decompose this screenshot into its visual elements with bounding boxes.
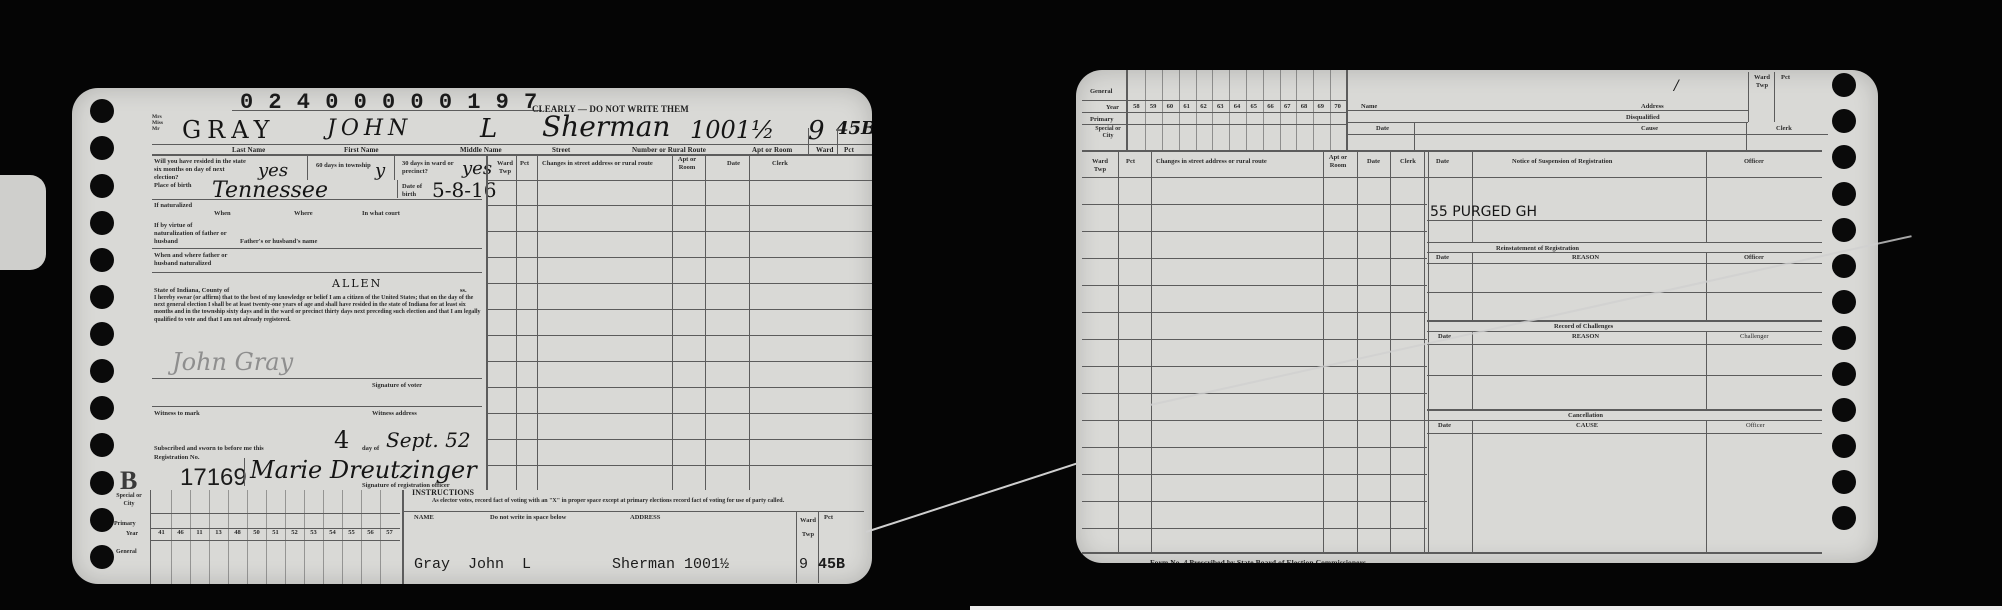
year-cell: 68 <box>1296 103 1313 111</box>
punch-hole <box>1832 326 1856 350</box>
col-rule <box>1472 150 1473 242</box>
col-rule <box>1296 70 1297 150</box>
col-header-date: Date <box>1367 158 1380 166</box>
col-rule <box>247 490 248 584</box>
row-rule <box>1082 100 1347 101</box>
row-label-year: Year <box>126 530 138 538</box>
col-header-changes: Changes in street address or rural route <box>542 160 653 168</box>
registration-number: 17169 <box>180 464 247 492</box>
row-rule <box>150 540 400 541</box>
label-naturalized: If naturalized <box>154 202 202 210</box>
form-footer: Form No. 4 Prescribed by State Board of … <box>1150 558 1366 563</box>
row-rule <box>1427 433 1822 434</box>
row-rule <box>486 361 872 362</box>
col-rule <box>1746 122 1747 150</box>
col-rule <box>361 490 362 584</box>
label-nat-father: If by virtue of naturalization of father… <box>154 222 232 246</box>
check-mark: / <box>1674 78 1679 94</box>
col-header-ward-twp: Ward Twp <box>494 160 516 176</box>
row-rule <box>1427 292 1822 293</box>
col-rule <box>380 490 381 584</box>
label-resided-ward: 30 days in ward or precinct? <box>402 160 462 176</box>
row-rule <box>1427 320 1822 322</box>
col-rule <box>1263 70 1264 150</box>
row-label-primary: Primary <box>114 520 136 528</box>
label-resided-township: 60 days in township <box>316 162 371 170</box>
punch-hole <box>1832 362 1856 386</box>
col-rule <box>1706 150 1707 242</box>
col-header-notice: Notice of Suspension of Registration <box>1512 158 1612 166</box>
col-rule <box>1472 252 1473 320</box>
col-header-date: Date <box>1436 158 1449 166</box>
row-rule <box>1082 124 1347 125</box>
typed-address: Sherman 1001½ <box>612 556 729 573</box>
col-rule <box>1179 70 1180 150</box>
col-rule <box>171 490 172 584</box>
punch-hole <box>90 396 114 420</box>
street-value: Sherman <box>542 110 670 143</box>
year-cell: 65 <box>1245 103 1262 111</box>
year-cell: 54 <box>323 529 342 537</box>
row-rule <box>486 413 872 414</box>
control-number: 0 2 4 0 0 0 0 0 1 9 7 <box>240 90 538 115</box>
col-rule <box>1151 150 1152 552</box>
col-header-cause: CAUSE <box>1576 422 1598 430</box>
label-middle-name: Middle Name <box>460 146 502 154</box>
punch-hole <box>90 508 114 532</box>
typed-pct: 45B <box>818 556 845 573</box>
sworn-day-value: 4 <box>334 426 349 454</box>
divider <box>808 128 809 154</box>
row-label-primary: Primary <box>1090 116 1113 124</box>
label-clerk: Clerk <box>1776 125 1792 133</box>
label-pct: Pct <box>1781 74 1790 82</box>
divider <box>244 458 245 486</box>
label-apt-room: Apt or Room <box>752 146 792 154</box>
col-rule <box>402 490 404 584</box>
year-cell: 46 <box>171 529 190 537</box>
row-rule <box>1427 375 1822 376</box>
divider <box>837 128 838 154</box>
stub-pct-label: Pct <box>824 514 833 522</box>
row-rule <box>150 513 400 514</box>
col-rule <box>796 511 797 583</box>
label-cause: Cause <box>1641 125 1658 133</box>
divider <box>394 156 395 180</box>
year-cell: 64 <box>1229 103 1246 111</box>
label-date: Date <box>1376 125 1389 133</box>
col-rule <box>1706 420 1707 552</box>
col-rule <box>1357 150 1358 552</box>
year-cell: 58 <box>1128 103 1145 111</box>
col-rule <box>285 490 286 584</box>
divider <box>1082 150 1822 152</box>
label-witness-address: Witness address <box>372 410 417 418</box>
col-rule <box>1118 150 1119 552</box>
punch-hole <box>90 471 114 495</box>
label-last-name: Last Name <box>232 146 265 154</box>
row-rule <box>1082 339 1427 340</box>
col-rule <box>1313 70 1314 150</box>
punch-hole <box>90 211 114 235</box>
label-fathers-name: Father's or husband's name <box>240 238 317 246</box>
col-rule <box>1424 150 1429 552</box>
row-rule <box>1427 420 1822 421</box>
col-rule <box>1162 70 1163 150</box>
punch-hole <box>1832 109 1856 133</box>
typed-ward: 9 <box>799 556 808 573</box>
film-edge-strip <box>970 606 2002 610</box>
punch-hole <box>90 136 114 160</box>
row-rule <box>486 309 872 310</box>
label-ss: ss. <box>460 287 467 295</box>
divider <box>152 378 482 379</box>
label-address: Address <box>1641 103 1664 111</box>
punch-hole <box>90 99 114 123</box>
row-label-general: General <box>116 548 137 556</box>
divider <box>1348 134 1828 135</box>
label-street: Street <box>552 146 570 154</box>
divider <box>152 199 482 200</box>
label-oath: State of Indiana, County of <box>154 287 229 295</box>
col-header-reason: REASON <box>1572 254 1599 262</box>
label-disqualified: Disqualified <box>1626 114 1660 122</box>
label-day-of: day of <box>362 445 379 453</box>
row-rule <box>1082 177 1427 178</box>
punch-hole <box>1832 506 1856 530</box>
punch-hole <box>90 433 114 457</box>
year-cell: 56 <box>361 529 380 537</box>
label-place-of-birth: Place of birth <box>154 182 194 190</box>
year-cell: 69 <box>1312 103 1329 111</box>
divider <box>152 406 482 407</box>
col-rule <box>323 490 324 584</box>
year-cell: 11 <box>190 529 209 537</box>
stub-no-write-label: Do not write in space below <box>490 514 566 522</box>
row-rule <box>1082 366 1427 367</box>
year-cell: 66 <box>1262 103 1279 111</box>
col-rule <box>1748 72 1749 122</box>
col-header-date: Date <box>1438 422 1451 430</box>
col-rule <box>1472 420 1473 552</box>
row-rule <box>1082 420 1427 421</box>
divider <box>404 511 864 512</box>
col-rule <box>1472 331 1473 411</box>
instructions-title: INSTRUCTIONS <box>412 488 474 497</box>
row-rule <box>486 439 872 440</box>
partial-card-edge <box>0 175 46 270</box>
row-rule <box>1082 528 1427 529</box>
label-pct: Pct <box>844 146 854 154</box>
label-number-route: Number or Rural Route <box>632 146 706 154</box>
punch-hole <box>1832 470 1856 494</box>
label-registration-no: Registration No. <box>154 454 200 462</box>
row-rule <box>1082 258 1427 259</box>
label-when-where: When and where father or husband natural… <box>154 252 244 268</box>
col-rule <box>1774 72 1775 122</box>
label-when: When <box>214 210 231 218</box>
row-rule <box>1427 263 1822 264</box>
row-rule <box>486 231 872 232</box>
label-ward-twp: Ward Twp <box>1751 74 1773 90</box>
row-rule <box>1082 393 1427 394</box>
row-rule <box>1427 252 1822 253</box>
row-rule <box>1082 447 1427 448</box>
year-cell: 57 <box>380 529 399 537</box>
col-rule <box>266 490 267 584</box>
punch-hole <box>90 322 114 346</box>
col-header-date: Date <box>1436 254 1449 262</box>
row-rule <box>1082 501 1427 502</box>
punch-hole <box>90 248 114 272</box>
col-rule <box>228 490 229 584</box>
divider <box>397 180 398 198</box>
row-rule <box>1082 312 1427 313</box>
col-header-apt-room: Apt or Room <box>1326 154 1350 170</box>
col-header-clerk: Clerk <box>772 160 788 168</box>
col-rule <box>1280 70 1281 150</box>
col-rule <box>342 490 343 584</box>
typed-name: Gray John L <box>414 556 531 573</box>
row-label-special-city: Special or City <box>1092 126 1124 139</box>
col-rule <box>304 490 305 584</box>
col-rule <box>209 490 210 584</box>
year-cell: 50 <box>247 529 266 537</box>
year-cell: 67 <box>1279 103 1296 111</box>
divider <box>152 154 872 156</box>
year-cell: 63 <box>1212 103 1229 111</box>
col-header-reason: REASON <box>1572 333 1599 341</box>
year-cell: 53 <box>304 529 323 537</box>
pct-value: 45B <box>836 118 872 139</box>
right-registration-card-back: General Year Primary Special or City 58 … <box>1076 70 1878 563</box>
row-rule <box>486 257 872 258</box>
film-scratch <box>866 457 1095 533</box>
stub-ward-twp-label: Ward Twp <box>799 514 817 542</box>
oath-text: I hereby swear (or affirm) that to the b… <box>154 295 484 324</box>
col-header-date: Date <box>727 160 740 168</box>
year-cell: 70 <box>1329 103 1346 111</box>
col-header-clerk: Clerk <box>1400 158 1416 166</box>
county-value: ALLEN <box>332 277 382 290</box>
label-ward: Ward <box>816 146 834 154</box>
col-rule <box>1706 252 1707 320</box>
divider <box>152 248 482 249</box>
year-cell: 51 <box>266 529 285 537</box>
label-where: Where <box>294 210 313 218</box>
challenges-title: Record of Challenges <box>1554 323 1613 331</box>
col-header-apt-room: Apt or Room <box>677 156 697 172</box>
last-name-value: GRAY <box>182 116 275 144</box>
row-rule <box>486 387 872 388</box>
punch-hole <box>90 359 114 383</box>
number-value: 1001½ <box>690 116 774 144</box>
punch-hole <box>1832 398 1856 422</box>
year-cell: 41 <box>152 529 171 537</box>
col-rule <box>1330 70 1331 150</box>
punch-hole <box>1832 434 1856 458</box>
row-rule <box>1082 231 1427 232</box>
row-rule <box>1427 220 1822 221</box>
col-rule <box>1229 70 1230 150</box>
voter-signature: John Gray <box>172 348 293 376</box>
label-in-what-court: In what court <box>362 210 400 218</box>
col-rule <box>1414 122 1415 150</box>
first-name-value: JOHN <box>327 116 412 141</box>
title-prefix-label: Mrs Miss Mr <box>152 114 163 132</box>
punch-hole <box>90 174 114 198</box>
label-signature-of-voter: Signature of voter <box>372 382 422 390</box>
sworn-month-year-value: Sept. 52 <box>386 428 471 452</box>
stub-name-label: NAME <box>414 514 434 522</box>
row-rule <box>1082 112 1347 113</box>
cancellation-title: Cancellation <box>1568 412 1603 420</box>
year-cell: 61 <box>1178 103 1195 111</box>
col-header-officer: Officer <box>1744 254 1764 262</box>
col-rule <box>1212 70 1213 150</box>
resided-township-value: y <box>375 160 385 181</box>
row-rule <box>1427 409 1822 411</box>
label-date-of-birth: Date of birth <box>402 183 434 199</box>
ward-value: 9 <box>808 116 825 146</box>
divider <box>307 156 308 180</box>
punch-hole <box>1832 290 1856 314</box>
col-header-changes: Changes in street address or rural route <box>1156 158 1267 166</box>
instructions-text: As elector votes, record fact of voting … <box>432 498 857 505</box>
divider <box>152 272 482 273</box>
officer-signature: Marie Dreutzinger <box>250 456 477 484</box>
row-rule <box>1082 285 1427 286</box>
row-rule <box>1082 552 1822 554</box>
year-cell: 59 <box>1145 103 1162 111</box>
col-header-pct: Pct <box>520 160 529 168</box>
stub-address-label: ADDRESS <box>630 514 660 522</box>
col-rule <box>190 490 191 584</box>
col-header-officer: Officer <box>1744 158 1764 166</box>
label-witness-to-mark: Witness to mark <box>154 410 200 418</box>
year-cell: 60 <box>1162 103 1179 111</box>
year-cell: 55 <box>342 529 361 537</box>
year-cell: 62 <box>1195 103 1212 111</box>
divider <box>1348 122 1748 123</box>
label-subscribed: Subscribed and sworn to before me this <box>154 445 264 453</box>
divider <box>152 144 872 145</box>
label-first-name: First Name <box>344 146 379 154</box>
col-header-pct: Pct <box>1126 158 1135 166</box>
punch-hole <box>1832 73 1856 97</box>
year-cell: 48 <box>228 529 247 537</box>
row-rule <box>1427 242 1822 243</box>
punch-hole <box>1832 145 1856 169</box>
col-rule <box>150 490 151 584</box>
col-rule <box>1323 150 1324 552</box>
middle-name-value: L <box>480 114 497 144</box>
col-rule <box>1246 70 1247 150</box>
row-rule <box>486 205 872 206</box>
divider <box>1348 110 1748 111</box>
left-registration-card-front: 0 2 4 0 0 0 0 0 1 9 7 CLEARLY — DO NOT W… <box>72 88 872 584</box>
row-rule <box>486 283 872 284</box>
row-label-year: Year <box>1106 104 1119 112</box>
year-cell: 52 <box>285 529 304 537</box>
row-rule <box>486 465 872 466</box>
punch-hole <box>1832 218 1856 242</box>
punch-hole <box>1832 254 1856 278</box>
divider <box>232 110 542 111</box>
col-rule <box>1196 70 1197 150</box>
col-rule <box>1706 331 1707 411</box>
col-header-challenger: Challenger <box>1740 333 1769 341</box>
row-rule <box>1082 474 1427 475</box>
year-cell: 13 <box>209 529 228 537</box>
row-rule <box>1082 204 1427 205</box>
row-label-special-city: Special or City <box>112 492 146 508</box>
row-rule <box>1427 344 1822 345</box>
punch-hole <box>90 545 114 569</box>
col-header-officer: Officer <box>1746 422 1765 430</box>
row-rule <box>486 180 872 181</box>
row-rule <box>486 335 872 336</box>
punch-hole <box>90 285 114 309</box>
punch-hole <box>1832 182 1856 206</box>
row-rule <box>1427 177 1822 178</box>
col-header-ward-twp: Ward Twp <box>1088 158 1112 174</box>
purged-entry: 55 PURGED GH <box>1430 204 1537 220</box>
col-rule <box>1145 70 1146 150</box>
row-label-general: General <box>1090 88 1112 96</box>
